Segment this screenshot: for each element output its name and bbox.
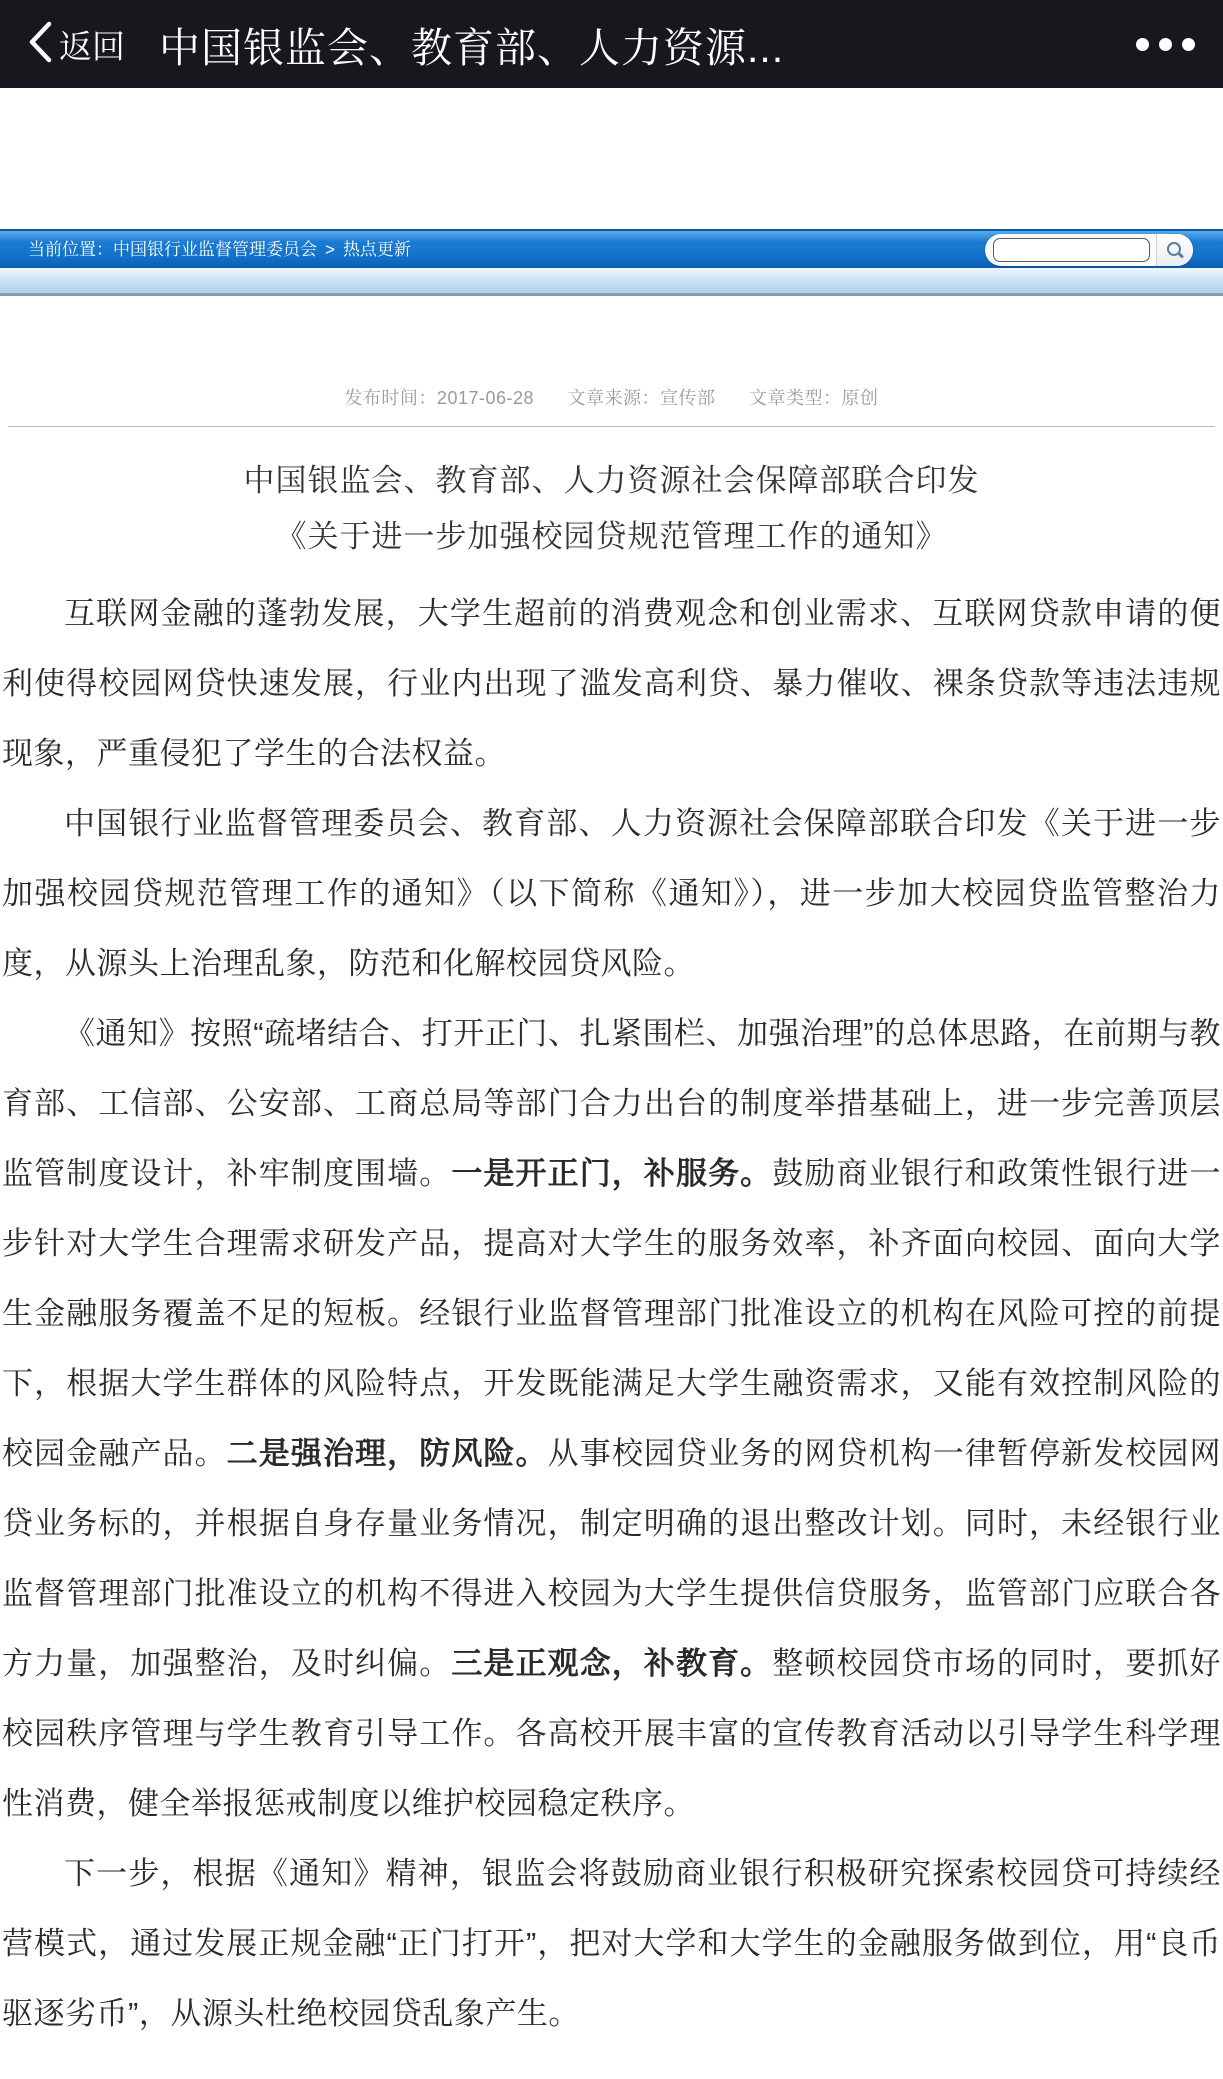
publish-time: 发布时间：2017-06-28 <box>344 388 534 408</box>
breadcrumb-bar: 当前位置：中国银行业监督管理委员会>热点更新 <box>0 229 1223 268</box>
article-meta: 发布时间：2017-06-28 文章来源：宣传部 文章类型：原创 <box>0 384 1223 410</box>
header-content-gap <box>0 88 1223 229</box>
back-chevron-icon <box>26 20 53 69</box>
breadcrumb: 当前位置：中国银行业监督管理委员会>热点更新 <box>28 231 411 268</box>
breadcrumb-separator: > <box>325 240 335 259</box>
article-title: 中国银监会、教育部、人力资源社会保障部联合印发 《关于进一步加强校园贷规范管理工… <box>0 453 1223 565</box>
search-icon <box>1166 241 1184 259</box>
article-title-line2: 《关于进一步加强校园贷规范管理工作的通知》 <box>0 509 1223 565</box>
article-paragraph: 互联网金融的蓬勃发展，大学生超前的消费观念和创业需求、互联网贷款申请的便利使得校… <box>2 579 1221 789</box>
back-label: 返回 <box>59 21 125 68</box>
breadcrumb-section-link[interactable]: 热点更新 <box>343 240 411 259</box>
article-title-line1: 中国银监会、教育部、人力资源社会保障部联合印发 <box>0 453 1223 509</box>
breadcrumb-site-link[interactable]: 中国银行业监督管理委员会 <box>113 240 317 259</box>
more-menu-icon[interactable] <box>1134 28 1197 61</box>
search-box <box>985 234 1193 266</box>
article-body: 互联网金融的蓬勃发展，大学生超前的消费观念和创业需求、互联网贷款申请的便利使得校… <box>0 579 1223 2049</box>
article-paragraph: 下一步，根据《通知》精神，银监会将鼓励商业银行积极研究探索校园贷可持续经营模式，… <box>2 1839 1221 2049</box>
subheader-band <box>0 268 1223 296</box>
page: 返回 中国银监会、教育部、人力资源... 当前位置：中国银行业监督管理委员会>热… <box>0 0 1223 2079</box>
breadcrumb-prefix: 当前位置： <box>28 240 113 259</box>
back-button[interactable]: 返回 <box>26 20 125 69</box>
app-header: 返回 中国银监会、教育部、人力资源... <box>0 0 1223 88</box>
divider <box>8 426 1215 427</box>
article-paragraph: 中国银行业监督管理委员会、教育部、人力资源社会保障部联合印发《关于进一步加强校园… <box>2 789 1221 999</box>
article-content: 发布时间：2017-06-28 文章来源：宣传部 文章类型：原创 中国银监会、教… <box>0 296 1223 2049</box>
page-title: 中国银监会、教育部、人力资源... <box>159 15 1118 74</box>
search-button[interactable] <box>1157 234 1193 266</box>
article-type: 文章类型：原创 <box>749 388 879 408</box>
search-input[interactable] <box>993 238 1150 262</box>
article-paragraph: 《通知》按照“疏堵结合、打开正门、扎紧围栏、加强治理”的总体思路，在前期与教育部… <box>2 999 1221 1839</box>
article-source: 文章来源：宣传部 <box>568 388 716 408</box>
